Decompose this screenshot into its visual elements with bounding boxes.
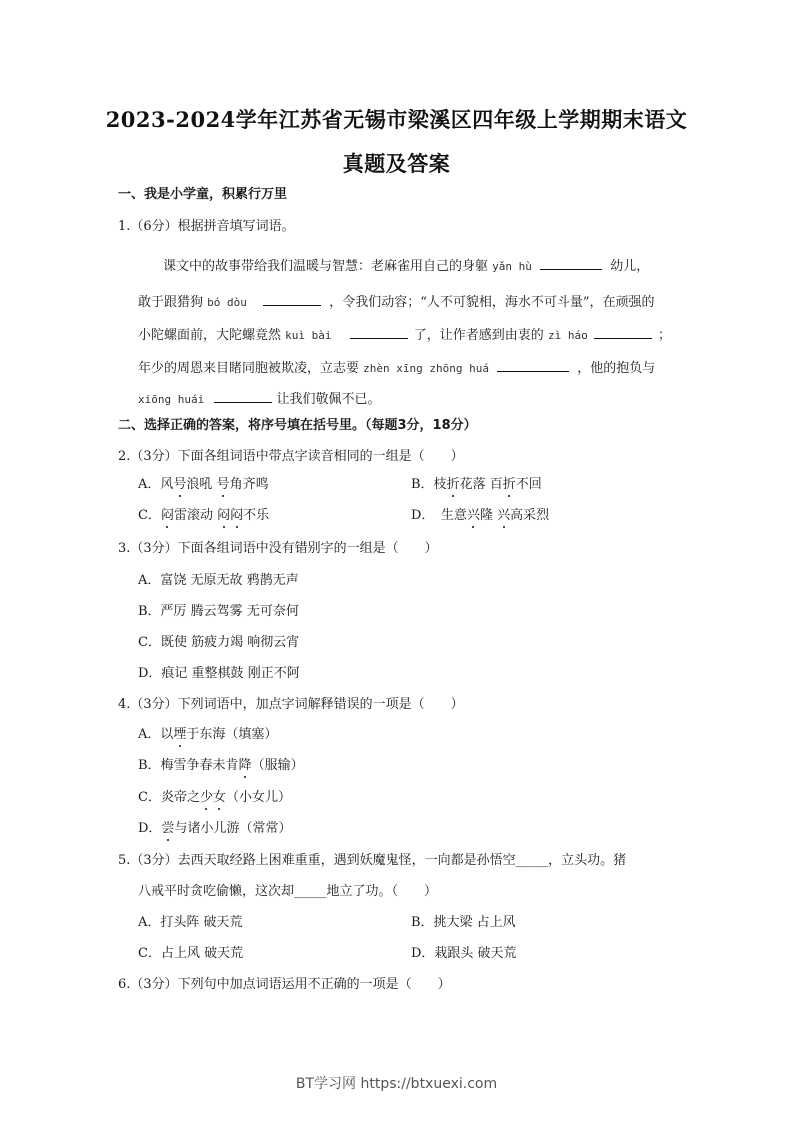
q5-option-d[interactable]: D．栽跟头 破天荒 <box>411 946 517 962</box>
q1-text: 小陀螺面前，大陀螺竟然 <box>138 328 281 343</box>
q2-option-b[interactable]: B．枝折花落 百折不回 <box>411 477 542 493</box>
answer-blank-4[interactable] <box>594 325 652 339</box>
emphasized-char: 女 <box>213 790 226 805</box>
option-text: （小女儿） <box>226 790 291 805</box>
q5-stem-line2: 八戒平时贪吃偷懒，这次却_____地立了功。（ ） <box>138 884 437 900</box>
q1-text: 让我们敬佩不已。 <box>277 392 381 407</box>
document-page: 2023-2024学年江苏省无锡市梁溪区四年级上学期期末语文 真题及答案 一、我… <box>0 0 793 1122</box>
option-text: D． 生意 <box>411 508 467 523</box>
emphasized-char: 降 <box>239 758 252 773</box>
answer-blank-3[interactable] <box>350 325 408 339</box>
option-text: 不回 <box>516 477 542 492</box>
emphasized-char: 闷 <box>161 508 174 523</box>
option-text: 隆 <box>480 508 497 523</box>
q1-text: ，令我们动容；“人不可貌相，海水不可斗量”，在顽强的 <box>329 295 654 310</box>
option-text: 角齐鸣 <box>230 477 269 492</box>
emphasized-char: 兴 <box>497 508 510 523</box>
pinyin: kuì bài <box>285 329 331 342</box>
option-text: D． <box>138 821 161 836</box>
q3-option-d[interactable]: D．痕记 重整棋鼓 刚正不阿 <box>138 666 300 682</box>
q2-option-a[interactable]: A．风号浪吼 号角齐鸣 <box>138 477 269 493</box>
emphasized-char: 堙 <box>173 727 186 742</box>
q3-option-a[interactable]: A．富饶 无原无故 鸦鹊无声 <box>138 573 299 589</box>
q1-stem: 1.（6分）根据拼音填写词语。 <box>118 219 295 235</box>
emphasized-char: 少 <box>200 790 213 805</box>
option-text: 于东海（填塞） <box>186 727 277 742</box>
emphasized-char: 闷 <box>230 508 243 523</box>
q5-option-c[interactable]: C．占上风 破天荒 <box>138 946 243 962</box>
footer-watermark: BT学习网 https://btxuexi.com <box>0 1073 793 1093</box>
emphasized-char: 折 <box>503 477 516 492</box>
emphasized-char: 号 <box>173 477 186 492</box>
q2-option-c[interactable]: C．闷雷滚动 闷闷不乐 <box>138 508 269 524</box>
q5-option-b[interactable]: B．挑大梁 占上风 <box>411 915 516 931</box>
emphasized-char: 闷 <box>217 508 230 523</box>
q4-option-a[interactable]: A．以堙于东海（填塞） <box>138 727 277 743</box>
option-text: 高采烈 <box>510 508 549 523</box>
answer-blank-5[interactable] <box>497 358 569 372</box>
q1-paragraph-line5: xiōng huái 让我们敬佩不已。 <box>138 389 381 408</box>
q1-text: ； <box>658 328 671 343</box>
option-text: C． <box>138 508 161 523</box>
q1-paragraph-line4: 年少的周恩来目睹同胞被欺凌，立志要 zhèn xīng zhōng huá ，他… <box>138 358 655 377</box>
option-text: 与诸小儿游（常常） <box>174 821 291 836</box>
q3-option-b[interactable]: B．严厉 腾云驾雾 无可奈何 <box>138 604 299 620</box>
emphasized-char: 折 <box>447 477 460 492</box>
document-title-line1: 2023-2024学年江苏省无锡市梁溪区四年级上学期期末语文 <box>0 104 793 134</box>
q2-stem: 2.（3分）下面各组词语中带点字读音相同的一组是（ ） <box>118 449 464 465</box>
q1-paragraph-line1: 课文中的故事带给我们温暖与智慧：老麻雀用自己的身躯 yǎn hù 幼儿， <box>163 256 649 275</box>
option-text: 不乐 <box>243 508 269 523</box>
option-text: A．风 <box>138 477 173 492</box>
q1-paragraph-line3: 小陀螺面前，大陀螺竟然 kuì bài 了，让作者感到由衷的 zì háo ； <box>138 325 671 344</box>
section-1-heading: 一、我是小学童，积累行万里 <box>118 187 287 203</box>
q5-stem-line1: 5.（3分）去西天取经路上困难重重，遇到妖魔鬼怪，一向都是孙悟空_____，立头… <box>118 853 626 869</box>
q6-stem: 6.（3分）下列句中加点词语运用不正确的一项是（ ） <box>118 977 451 993</box>
q3-option-c[interactable]: C．既使 筋疲力竭 响彻云宵 <box>138 635 299 651</box>
q3-stem: 3.（3分）下面各组词语中没有错别字的一组是（ ） <box>118 541 438 557</box>
pinyin: yǎn hù <box>492 260 532 273</box>
option-text: 花落 百 <box>460 477 503 492</box>
emphasized-char: 号 <box>217 477 230 492</box>
q1-text: 课文中的故事带给我们温暖与智慧：老麻雀用自己的身躯 <box>163 259 488 274</box>
pinyin: zhèn xīng zhōng huá <box>363 362 489 375</box>
q1-text: 敢于跟猎狗 <box>138 295 203 310</box>
option-text: B．梅雪争春未肯 <box>138 758 239 773</box>
q1-text: ，他的抱负与 <box>577 361 655 376</box>
pinyin: xiōng huái <box>138 393 204 406</box>
emphasized-char: 尝 <box>161 821 174 836</box>
option-text: （服输） <box>252 758 304 773</box>
q4-stem: 4.（3分）下列词语中，加点字词解释错误的一项是（ ） <box>118 697 464 713</box>
option-text: B．枝 <box>411 477 447 492</box>
document-title-line2: 真题及答案 <box>0 148 793 178</box>
q2-option-d[interactable]: D． 生意兴隆 兴高采烈 <box>411 508 549 524</box>
option-text: 雷滚动 <box>174 508 217 523</box>
emphasized-char: 兴 <box>467 508 480 523</box>
answer-blank-2[interactable] <box>263 292 321 306</box>
q5-option-a[interactable]: A．打头阵 破天荒 <box>138 915 243 931</box>
pinyin: zì háo <box>548 329 588 342</box>
option-text: 浪吼 <box>186 477 216 492</box>
section-2-heading: 二、选择正确的答案，将序号填在括号里。（每题3分，18分） <box>118 418 477 434</box>
answer-blank-6[interactable] <box>214 389 272 403</box>
q1-paragraph-line2: 敢于跟猎狗 bó dòu ，令我们动容；“人不可貌相，海水不可斗量”，在顽强的 <box>138 292 654 311</box>
pinyin: bó dòu <box>207 296 247 309</box>
q1-text: 年少的周恩来目睹同胞被欺凌，立志要 <box>138 361 359 376</box>
answer-blank-1[interactable] <box>540 256 602 270</box>
q4-option-d[interactable]: D．尝与诸小儿游（常常） <box>138 821 291 837</box>
q1-text: 幼儿， <box>610 259 649 274</box>
option-text: A．以 <box>138 727 173 742</box>
q1-text: 了，让作者感到由衷的 <box>414 328 544 343</box>
option-text: C．炎帝之 <box>138 790 200 805</box>
q4-option-c[interactable]: C．炎帝之少女（小女儿） <box>138 790 291 806</box>
q4-option-b[interactable]: B．梅雪争春未肯降（服输） <box>138 758 304 774</box>
